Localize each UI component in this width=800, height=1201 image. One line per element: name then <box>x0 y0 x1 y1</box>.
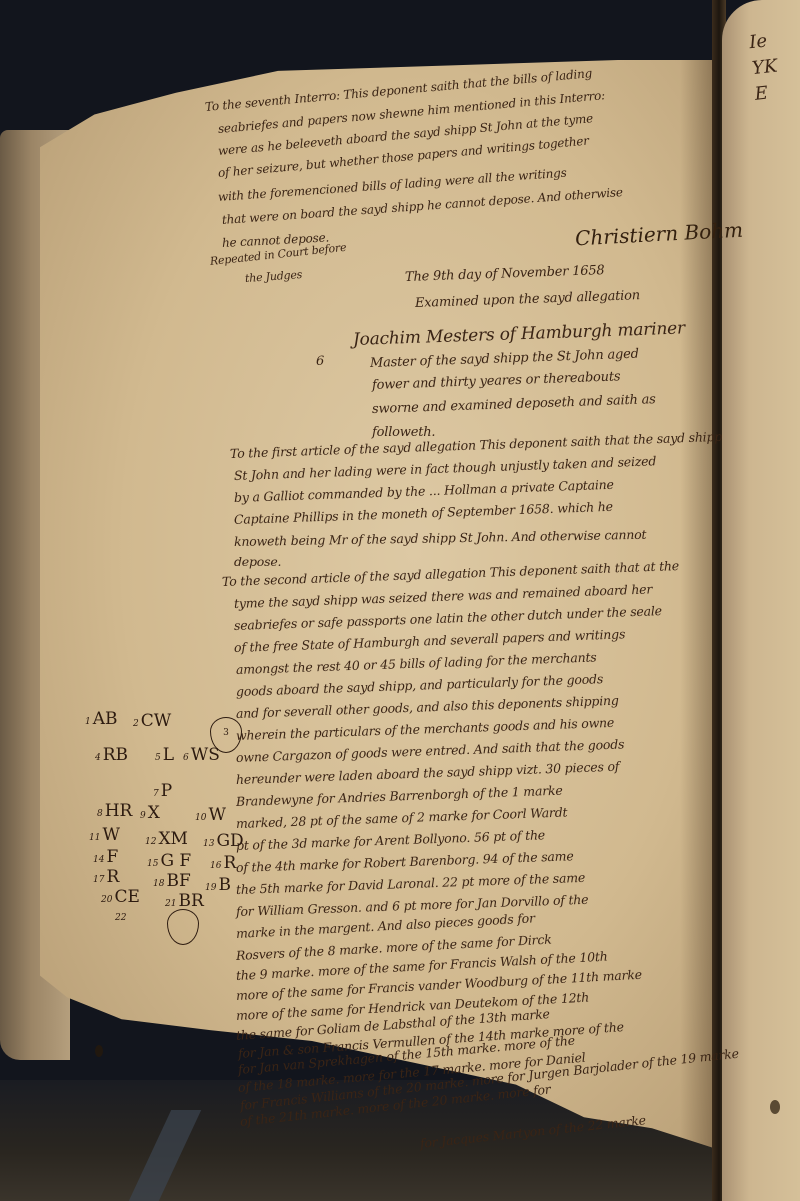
merchant-mark: 20CE <box>101 887 140 907</box>
merchant-mark: 6WS <box>183 745 220 765</box>
merchant-mark: 4RB <box>95 745 128 765</box>
merchant-mark: 17R <box>93 867 119 887</box>
merchant-mark: 22 <box>115 905 128 925</box>
merchant-mark: 14F <box>93 847 118 867</box>
merchant-mark: 8HR <box>97 801 132 821</box>
merchant-mark: 5L <box>155 745 174 765</box>
merchant-mark: 1AB <box>85 709 118 729</box>
heart-mark-icon <box>167 909 199 945</box>
merchant-mark: 9X <box>140 803 160 823</box>
merchant-mark: 10W <box>195 805 226 825</box>
merchant-mark: 18BF <box>153 871 191 891</box>
right-glyph: E <box>753 78 795 108</box>
merchant-mark: 16R <box>210 853 236 873</box>
ink-blot <box>770 1100 780 1114</box>
ink-blot <box>95 1045 103 1057</box>
merchant-mark: 21BR <box>165 891 204 911</box>
merchant-mark: 15G F <box>147 851 191 871</box>
merchant-mark: 13GD <box>203 831 244 851</box>
text-line: depose. <box>234 554 281 569</box>
merchant-mark: 11W <box>89 825 120 845</box>
merchant-marks: 1AB 2CW 3 4RB 5L 6WS 7P 8HR 9X 10W 11W 1… <box>85 705 245 945</box>
merchant-mark: 2CW <box>133 711 171 731</box>
right-manuscript-page <box>722 0 800 1201</box>
right-margin-glyphs: Ie YK E <box>748 26 796 108</box>
text-line: followeth. <box>372 425 435 440</box>
margin-numeral: 6 <box>316 354 324 369</box>
merchant-mark: 19B <box>205 875 231 895</box>
merchant-mark: 12XM <box>145 829 188 849</box>
merchant-mark: 7P <box>153 781 172 801</box>
